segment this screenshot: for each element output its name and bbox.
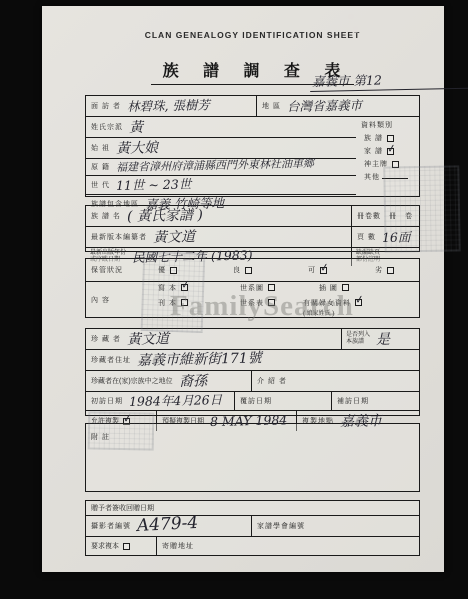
scan-speck <box>348 14 354 19</box>
row-generations: 世 代 11世 ~ 23世 <box>86 175 356 194</box>
listed-label-line1: 是否列入 <box>346 332 370 338</box>
admin-box: 贈予者簽收回贈日期 攝影者編號 A479-4 家譜學會編號 要求複本 寄贈 <box>85 500 420 556</box>
copy-place-value: 嘉義市 <box>340 410 382 431</box>
data-category-label: 資料類別 <box>356 119 393 130</box>
keeper-value: 黃文道 <box>127 328 169 349</box>
women-data-checkbox[interactable]: ✓ <box>355 299 362 306</box>
storage-fair-checkbox[interactable]: ✓ <box>320 267 327 274</box>
row-visit-dates: 初訪日期 1984年4月26日 覆訪日期 補訪日期 <box>86 391 419 410</box>
field-society-number: 家譜學會編號 <box>251 516 419 536</box>
field-keeper: 珍 藏 者 黃文道 <box>86 329 341 349</box>
area-value: 台灣省嘉義市 <box>287 95 362 115</box>
photographer-number-label: 攝影者編號 <box>86 521 131 531</box>
photographer-number-value: A479-4 <box>136 513 198 536</box>
field-interviewer: 面 訪 者 林碧珠, 張樹芳 <box>86 96 256 116</box>
keeper-position-label: 珍藏者在(家)宗族中之地位 <box>86 376 173 386</box>
scan-speck <box>353 26 358 33</box>
field-introducer: 介 紹 者 <box>251 371 419 391</box>
field-revisit: 覆訪日期 <box>234 392 331 410</box>
row-photographer-number: 攝影者編號 A479-4 家譜學會編號 <box>86 515 419 536</box>
origin-value: 福建省漳州府漳浦縣西門外東林社油車鄉 <box>116 155 314 175</box>
row-first-ancestor: 始 祖 黃大娘 <box>86 137 356 158</box>
row-keeper: 珍 藏 者 黃文道 是否列入 本族譜 是 <box>86 329 419 349</box>
category-option-label: 族 譜 <box>364 135 383 142</box>
interviewer-label: 面 訪 者 <box>86 101 121 111</box>
storage-good-checkbox[interactable] <box>245 267 252 274</box>
storage-option-fair: 可✓ <box>308 265 327 275</box>
revisit-label: 覆訪日期 <box>235 396 272 406</box>
form-page: CLAN GENEALOGY IDENTIFICATION SHEET 族 譜 … <box>42 6 444 572</box>
mailing-address-label: 寄贈地址 <box>157 541 194 551</box>
listed-value: 是 <box>376 329 390 349</box>
basic-info-box: 面 訪 者 林碧珠, 張樹芳 地 區 台灣省嘉義市 姓氏宗派 黃 始 祖 黃 <box>85 95 420 197</box>
generations-label: 世 代 <box>86 180 110 190</box>
surname-value: 黃 <box>129 117 143 137</box>
listed-label-line2: 本族譜 <box>346 339 364 345</box>
compiler-value: 黃文道 <box>153 226 195 247</box>
keeper-position-value: 裔孫 <box>178 370 206 391</box>
scanned-document: CLAN GENEALOGY IDENTIFICATION SHEET 族 譜 … <box>0 0 468 599</box>
request-copy-label: 要求複本 <box>86 541 119 551</box>
first-visit-value: 1984年4月26日 <box>129 390 223 410</box>
first-ancestor-value: 黃大娘 <box>116 137 158 158</box>
field-pages: 頁 數 16面 <box>351 227 419 247</box>
storage-poor-checkbox[interactable] <box>387 267 394 274</box>
introducer-label: 介 紹 者 <box>252 376 287 386</box>
category-option-label: 其他 <box>364 174 380 181</box>
listed-label: 是否列入 本族譜 <box>342 332 370 347</box>
row-origin: 原 籍 福建省漳州府漳浦縣西門外東林社油車鄉 <box>86 158 356 175</box>
family-genealogy-checkbox[interactable]: ✓ <box>387 148 394 155</box>
genealogy-title-value: ( 黃氏家譜 ) <box>127 204 203 226</box>
storage-option-good: 良 <box>233 265 252 275</box>
missing-pages-label-line1: 缺漏缺頁 <box>356 250 380 256</box>
field-listed-in-genealogy: 是否列入 本族譜 是 <box>341 329 419 349</box>
row-keeper-position: 珍藏者在(家)宗族中之地位 裔孫 介 紹 者 <box>86 370 419 391</box>
basic-info-body: 姓氏宗派 黃 始 祖 黃大娘 原 籍 福建省漳州府漳浦縣西門外東林社油車鄉 世 … <box>86 116 419 213</box>
row-request-copy: 要求複本 寄贈地址 <box>86 536 419 555</box>
field-photographer-number: 攝影者編號 A479-4 <box>86 516 251 536</box>
interviewer-value: 林碧珠, 張樹芳 <box>127 95 210 115</box>
field-compiler: 最新版本編纂者 黃文道 <box>86 227 351 247</box>
donor-receipt-label: 贈予者簽收回贈日期 <box>86 503 154 513</box>
keeper-address-label: 珍藏者住址 <box>86 355 131 365</box>
genealogy-title-label: 族 譜 名 <box>86 211 121 221</box>
pages-label: 頁 數 <box>352 232 376 242</box>
form-english-title: CLAN GENEALOGY IDENTIFICATION SHEET <box>85 30 420 40</box>
origin-label: 原 籍 <box>86 162 110 172</box>
storage-option-label: 良 <box>233 267 241 274</box>
row-surname: 姓氏宗派 黃 <box>86 117 356 137</box>
row-interviewer: 面 訪 者 林碧珠, 張樹芳 地 區 台灣省嘉義市 <box>86 96 419 116</box>
field-request-copy: 要求複本 <box>86 537 156 555</box>
field-first-visit: 初訪日期 1984年4月26日 <box>86 392 234 410</box>
checkmark: ✓ <box>386 141 398 156</box>
row-donor-receipt: 贈予者簽收回贈日期 <box>86 501 419 515</box>
keeper-address-value: 嘉義市維新街171號 <box>137 347 262 370</box>
keeper-label: 珍 藏 者 <box>86 334 121 344</box>
first-visit-label: 初訪日期 <box>86 396 123 406</box>
storage-option-label: 劣 <box>375 267 383 274</box>
publication-date-value: 民國七十二年 (1983) <box>132 245 253 266</box>
row-keeper-address: 珍藏者住址 嘉義市維新街171號 <box>86 349 419 370</box>
checkmark: ✓ <box>354 292 366 307</box>
familysearch-watermark: FamilySearch <box>170 290 354 323</box>
generations-value: 11世 ~ 23世 <box>116 174 192 194</box>
row-genealogy-title: 族 譜 名 ( 黃氏家譜 ) 冊卷數 冊 卷 <box>86 206 419 226</box>
checkmark: ✓ <box>319 260 331 275</box>
category-option-label: 家 譜 <box>364 148 383 155</box>
area-label: 地 區 <box>257 101 281 111</box>
row-compiler: 最新版本編纂者 黃文道 頁 數 16面 <box>86 226 419 247</box>
supplement-visit-label: 補訪日期 <box>332 396 369 406</box>
compiler-label: 最新版本編纂者 <box>86 232 147 242</box>
field-keeper-position: 珍藏者在(家)宗族中之地位 裔孫 <box>86 371 251 391</box>
publication-date-label-line1: 最新出版年份 <box>90 250 126 256</box>
storage-option-label: 可 <box>308 267 316 274</box>
field-mailing-address: 寄贈地址 <box>156 537 419 555</box>
first-ancestor-label: 始 祖 <box>86 143 110 153</box>
storage-option-poor: 劣 <box>375 265 394 275</box>
category-option-family-genealogy: 家 譜✓ <box>364 146 394 156</box>
basic-left-column: 姓氏宗派 黃 始 祖 黃大娘 原 籍 福建省漳州府漳浦縣西門外東林社油車鄉 世 … <box>86 117 356 213</box>
ghost-seal-bottom <box>88 411 155 450</box>
volumes-label: 冊卷數 <box>352 211 381 221</box>
pages-value: 16面 <box>382 227 411 246</box>
custodian-box: 珍 藏 者 黃文道 是否列入 本族譜 是 珍藏者住址 嘉義市維新街171號 珍藏… <box>85 328 420 416</box>
society-number-label: 家譜學會編號 <box>252 521 305 531</box>
surname-label: 姓氏宗派 <box>86 122 123 132</box>
field-supplement-visit: 補訪日期 <box>331 392 419 410</box>
volume-info-box: 族 譜 名 ( 黃氏家譜 ) 冊卷數 冊 卷 最新版本編纂者 黃文道 頁 數 1… <box>85 205 420 252</box>
planned-copy-date-value: 8 MAY 1984 <box>210 412 288 429</box>
field-area: 地 區 台灣省嘉義市 <box>256 96 419 116</box>
request-copy-checkbox[interactable] <box>123 543 130 550</box>
